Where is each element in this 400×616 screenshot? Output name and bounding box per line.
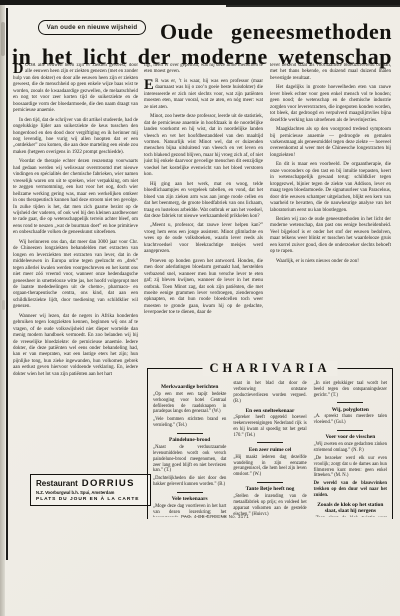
charivaria-item-text: „Spreker heeft opgeteld hoeveel teekenve…: [233, 415, 306, 439]
article-paragraph: ER was er, ’t is waar, hij was een profe…: [144, 79, 263, 111]
charivaria-item-text-bold: De wereld van de blauwvinken trekken op …: [314, 481, 387, 499]
headline-line1: Oude geneesmethoden: [160, 20, 392, 44]
article-paragraph: Proeven op honden gaven het antwoord. Ho…: [144, 259, 263, 317]
charivaria-column-2: staat in het blad dat door de verbouwing…: [233, 381, 306, 517]
charivaria-item-text: „Wij zweten en onze gedachten zinken str…: [314, 442, 387, 454]
article-paragraph: Voordat de therapie echter dezen reuzens…: [13, 159, 138, 236]
scan-artifact: [2, 300, 5, 310]
page-footer: PAG. 4 DE GROENE No. 3171: [181, 514, 249, 519]
divider: [177, 492, 203, 493]
divider: [177, 433, 203, 434]
charivaria-item-header: Merkwaardige berichten: [153, 384, 226, 390]
article-paragraph: En dit is maar een voorbeeld. De orgaant…: [270, 162, 391, 214]
article-paragraph: Het dagelijks in groote hoeveelheden ete…: [270, 85, 391, 124]
scan-artifact: [226, 5, 400, 7]
charivaria-item-header: Tante Betje heeft nog: [233, 486, 306, 492]
charivaria-item-text: „Hij maakt iederen dag dezelfde wandelin…: [233, 455, 306, 479]
charivaria-section: CHARIVARIA Merkwaardige berichten „Op ee…: [147, 368, 393, 519]
article-paragraph: Minot, zoo heette deze professor, leerde…: [144, 114, 263, 179]
charivaria-item-header: Wij, polyglotten: [314, 407, 387, 413]
article-paragraph: In den tijd, dat de schrijver van dit ar…: [13, 118, 138, 157]
article-paragraph: Waarlijk, er is niets nieuws onder de zo…: [270, 259, 391, 265]
charivaria-item-text: „A. spreekt thans meerdere talen vloeien…: [314, 414, 387, 426]
article-paragraph: „Meent u, professor, dat rauwe lever hel…: [144, 223, 263, 255]
article-paragraph: lever bekend staat als voornaamste bloed…: [270, 63, 391, 82]
charivaria-column-3: „In niet gelukkiger taal wordt het beeld…: [314, 381, 387, 517]
article-paragraph: Wanneer wij lezen, dat de negers in Afri…: [13, 314, 138, 379]
charivaria-item-text: „Dachtelijkheden die niet door den bakke…: [153, 476, 226, 488]
charivaria-item-text: „In niet gelukkiger taal wordt het beeld…: [314, 381, 387, 399]
dropcap-d: D: [13, 63, 25, 75]
charivaria-item-header: En een snelteekenaar: [233, 408, 306, 414]
charivaria-item-header: Een zeer ruime cel: [233, 447, 306, 453]
scan-artifact: [1, 22, 5, 56]
charivaria-item-header: Vele teekenaars: [153, 496, 226, 502]
ad-name-line: Restaurant DORRIUS: [36, 478, 146, 489]
charivaria-item-text: „Vele bommen stichtten brand en vernieli…: [153, 417, 226, 429]
scan-line-left: [6, 8, 8, 560]
charivaria-item-text: „Toen sloeg de klok twintig voor zeven; …: [314, 516, 387, 517]
article-paragraph: Bezien wij zoo de oude geneesmethoden in…: [270, 217, 391, 256]
article-paragraph: Hij ging aan het werk, mat en woog, teld…: [144, 182, 263, 221]
newspaper-page: Van oude en nieuwe wijsheid Oude geneesm…: [0, 0, 400, 616]
ad-name: DORRIUS: [82, 478, 135, 489]
article-column-1: DOOR alle eeuwen heen zijn er ziekten ge…: [13, 63, 138, 455]
divider: [337, 402, 363, 403]
charivaria-title: CHARIVARIA: [202, 361, 337, 376]
charivaria-item-text: staat in het blad dat door de verbouwing…: [233, 381, 306, 405]
charivaria-item-text: „Naast de verduurzaamde levensmiddelen w…: [153, 445, 226, 475]
charivaria-item-header: Zooals de klok op het station slaat, sla…: [314, 502, 387, 514]
article-paragraph: DOOR alle eeuwen heen zijn er ziekten ge…: [13, 63, 138, 115]
charivaria-item-header: Voer voor de visschen: [314, 434, 387, 440]
divider: [337, 430, 363, 431]
charivaria-item-text: „Op een met een tapijt bedekte verhoogin…: [153, 392, 226, 416]
divider: [257, 442, 283, 443]
article-column-2: ligt, heeft er over gepeinsd, wat hij de…: [144, 63, 263, 363]
article-paragraph: Wij herinneren ons dan, dat meer dan 300…: [13, 240, 138, 311]
charivaria-item-header: Paindelune-brood: [153, 437, 226, 443]
divider: [257, 482, 283, 483]
dropcap-e: E: [144, 79, 155, 91]
article-paragraph: Maagklachten als op den voorgrond treden…: [270, 127, 391, 159]
restaurant-dorrius-ad: Restaurant DORRIUS N.Z. Voorburgwal b.h.…: [30, 474, 151, 506]
article-paragraph: ligt, heeft er over gepeinsd, wat hij de…: [144, 63, 263, 76]
ad-tagline: PLATS DU JOUR EN À LA CARTE: [36, 497, 146, 502]
series-badge: Van oude en nieuwe wijsheid: [38, 20, 146, 35]
charivaria-columns: Merkwaardige berichten „Op een met een t…: [148, 369, 392, 517]
charivaria-column-1: Merkwaardige berichten „Op een met een t…: [153, 381, 226, 517]
ad-name-prefix: Restaurant: [36, 479, 78, 488]
ad-address: N.Z. Voorburgwal b.h. Spui, Amsterdam: [36, 490, 146, 495]
charivaria-item-text: „De bezoeker werd elk uur even vroolijk;…: [314, 456, 387, 480]
article-column-3: lever bekend staat als voornaamste bloed…: [270, 63, 391, 349]
